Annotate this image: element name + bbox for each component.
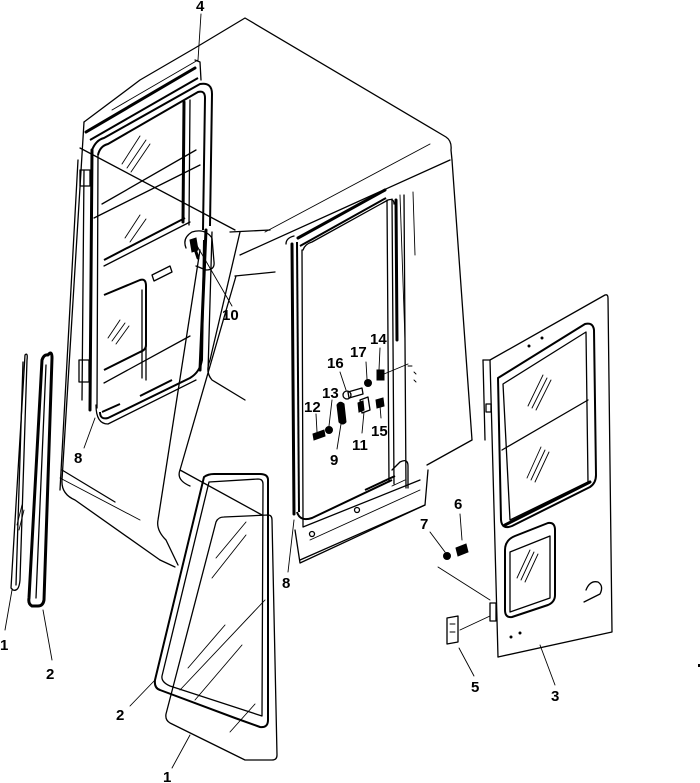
callout-8-middle: 8 (282, 575, 290, 592)
callout-14: 14 (370, 331, 387, 348)
callout-7: 7 (420, 516, 428, 533)
exploded-view-drawing: 4 10 8 8 1 2 2 1 3 5 6 7 14 17 16 13 12 … (0, 0, 700, 783)
callout-9: 9 (330, 452, 338, 469)
quarter-glass (166, 515, 277, 760)
callout-13: 13 (322, 385, 339, 402)
front-door-assembly (79, 60, 235, 424)
callout-17: 17 (350, 344, 367, 361)
callout-labels: 4 10 8 8 1 2 2 1 3 5 6 7 14 17 16 13 12 … (0, 0, 559, 783)
callout-2-left: 2 (46, 666, 54, 683)
callout-10: 10 (222, 307, 239, 324)
leader-lines (5, 14, 555, 768)
callout-8-front: 8 (74, 450, 82, 467)
callout-4: 4 (196, 0, 205, 15)
cab-body (60, 18, 472, 567)
side-glass-left (11, 354, 27, 590)
parts-diagram: 4 10 8 8 1 2 2 1 3 5 6 7 14 17 16 13 12 … (0, 0, 700, 783)
middle-door-opening (286, 190, 425, 563)
callout-6: 6 (454, 496, 462, 513)
callout-1-left: 1 (0, 637, 8, 654)
callout-12: 12 (304, 399, 321, 416)
callout-1-bottom: 1 (163, 769, 171, 783)
callout-16: 16 (327, 355, 344, 372)
door-panel (483, 295, 612, 657)
callout-15: 15 (371, 423, 388, 440)
callout-11: 11 (352, 437, 368, 454)
callout-2-bottom: 2 (116, 707, 124, 724)
callout-5: 5 (471, 679, 479, 696)
side-seal-left (29, 353, 52, 606)
striker-fasteners (438, 544, 490, 644)
callout-3: 3 (551, 688, 559, 705)
